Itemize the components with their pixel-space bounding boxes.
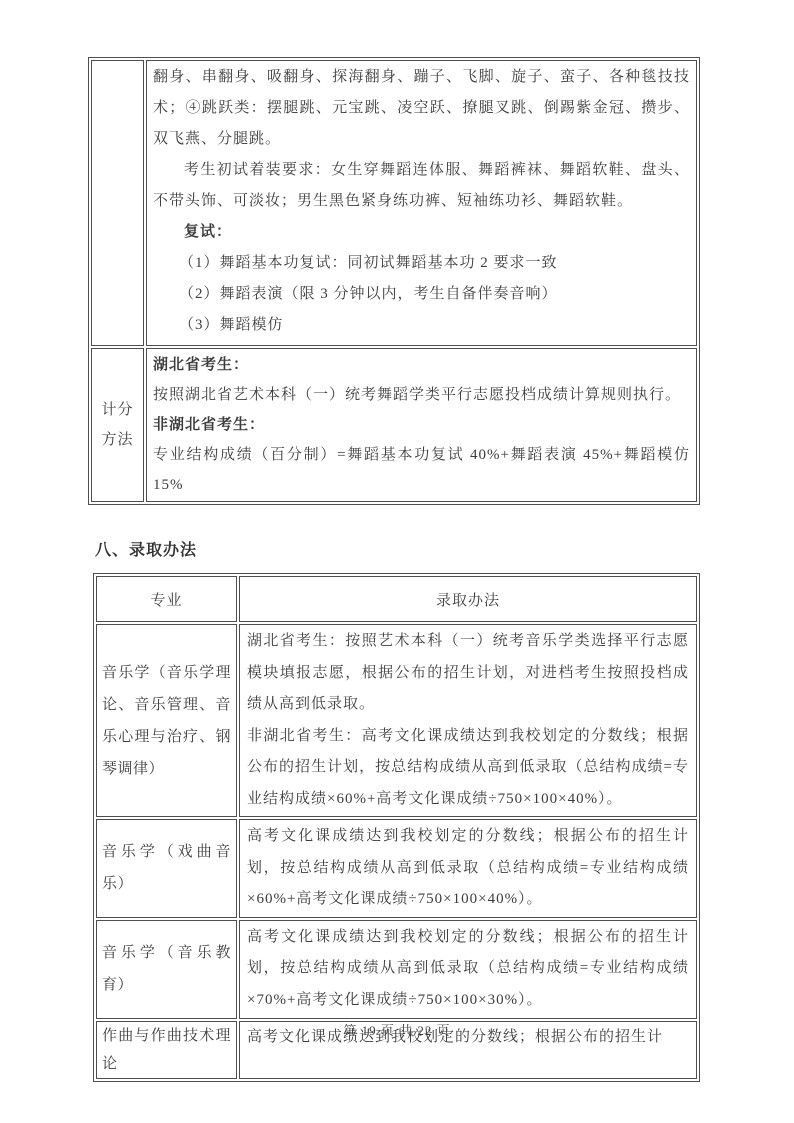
admission-table: 专业 录取办法 音乐学（音乐学理论、音乐管理、音乐心理与治疗、钢琴调律） 湖北省… <box>93 573 700 1082</box>
retest-item: （3）舞蹈模仿 <box>153 310 690 341</box>
retest-item: （1）舞蹈基本功复试：同初试舞蹈基本功 2 要求一致 <box>153 248 690 279</box>
retest-heading: 复试： <box>153 217 690 248</box>
table-row: 翻身、串翻身、吸翻身、探海翻身、蹦子、飞脚、旋子、蛮子、各种毯技技术；④跳跃类：… <box>91 60 697 346</box>
major-column-header: 专业 <box>96 576 237 622</box>
major-cell: 音乐学（音乐学理论、音乐管理、音乐心理与治疗、钢琴调律） <box>96 624 237 817</box>
non-hubei-candidates-text: 专业结构成绩（百分制）=舞蹈基本功复试 40%+舞蹈表演 45%+舞蹈模仿 15… <box>153 440 690 500</box>
scoring-method-content-cell: 湖北省考生： 按照湖北省艺术本科（一）统考舞蹈学类平行志愿投档成绩计算规则执行。… <box>146 348 697 502</box>
table-row: 计分 方法 湖北省考生： 按照湖北省艺术本科（一）统考舞蹈学类平行志愿投档成绩计… <box>91 348 697 502</box>
scoring-method-label-line: 方法 <box>93 425 142 455</box>
table-row: 音乐学（音乐学理论、音乐管理、音乐心理与治疗、钢琴调律） 湖北省考生：按照艺术本… <box>96 624 697 817</box>
retest-item: （2）舞蹈表演（限 3 分钟以内，考生自备伴奏音响） <box>153 279 690 310</box>
method-cell: 高考文化课成绩达到我校划定的分数线；根据公布的招生计划，按总结构成绩从高到低录取… <box>239 819 697 918</box>
method-cell: 高考文化课成绩达到我校划定的分数线；根据公布的招生计划，按总结构成绩从高到低录取… <box>239 920 697 1019</box>
scoring-method-label-cell: 计分 方法 <box>91 348 144 502</box>
method-column-header: 录取办法 <box>239 576 697 622</box>
section-heading: 八、录取办法 <box>95 537 702 560</box>
page-number-footer: 第 19 页 共 22 页 <box>0 1021 794 1041</box>
method-paragraph: 高考文化课成绩达到我校划定的分数线；根据公布的招生计划，按总结构成绩从高到低录取… <box>247 922 689 1017</box>
hubei-candidates-text: 按照湖北省艺术本科（一）统考舞蹈学类平行志愿投档成绩计算规则执行。 <box>153 380 690 410</box>
major-cell: 音乐学（戏曲音乐） <box>96 819 237 918</box>
exam-content-cell: 翻身、串翻身、吸翻身、探海翻身、蹦子、飞脚、旋子、蛮子、各种毯技技术；④跳跃类：… <box>146 60 697 346</box>
continuation-text: 翻身、串翻身、吸翻身、探海翻身、蹦子、飞脚、旋子、蛮子、各种毯技技术；④跳跃类：… <box>153 62 690 155</box>
dress-code-text: 考生初试着装要求：女生穿舞蹈连体服、舞蹈裤袜、舞蹈软鞋、盘头、不带头饰、可淡妆；… <box>153 155 690 217</box>
method-cell: 湖北省考生：按照艺术本科（一）统考音乐学类选择平行志愿模块填报志愿，根据公布的招… <box>239 624 697 817</box>
non-hubei-candidates-title: 非湖北省考生： <box>153 410 690 440</box>
major-cell: 音乐学（音乐教育） <box>96 920 237 1019</box>
method-paragraph: 高考文化课成绩达到我校划定的分数线；根据公布的招生计划，按总结构成绩从高到低录取… <box>247 821 689 916</box>
hubei-candidates-title: 湖北省考生： <box>153 350 690 380</box>
row-label-cell-empty <box>91 60 144 346</box>
table-header-row: 专业 录取办法 <box>96 576 697 622</box>
scoring-table: 翻身、串翻身、吸翻身、探海翻身、蹦子、飞脚、旋子、蛮子、各种毯技技术；④跳跃类：… <box>88 57 700 505</box>
method-paragraph: 湖北省考生：按照艺术本科（一）统考音乐学类选择平行志愿模块填报志愿，根据公布的招… <box>247 626 689 721</box>
table-row: 音乐学（音乐教育） 高考文化课成绩达到我校划定的分数线；根据公布的招生计划，按总… <box>96 920 697 1019</box>
page-content: 翻身、串翻身、吸翻身、探海翻身、蹦子、飞脚、旋子、蛮子、各种毯技技术；④跳跃类：… <box>88 57 702 1082</box>
table-row: 音乐学（戏曲音乐） 高考文化课成绩达到我校划定的分数线；根据公布的招生计划，按总… <box>96 819 697 918</box>
scoring-method-label-line: 计分 <box>93 395 142 425</box>
document-page: 翻身、串翻身、吸翻身、探海翻身、蹦子、飞脚、旋子、蛮子、各种毯技技术；④跳跃类：… <box>0 0 794 1123</box>
method-paragraph: 非湖北省考生：高考文化课成绩达到我校划定的分数线；根据公布的招生计划，按总结构成… <box>247 721 689 816</box>
